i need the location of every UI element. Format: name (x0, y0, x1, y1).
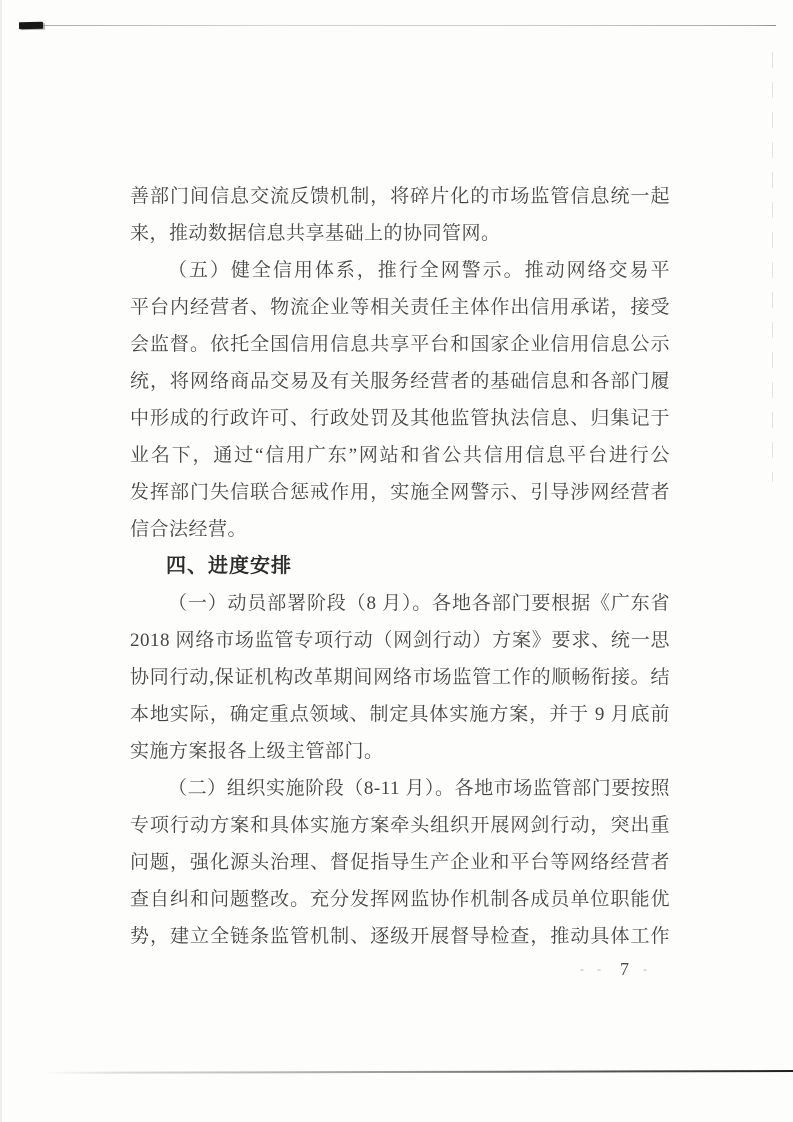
paragraph: （五）健全信用体系，推行全网警示。推动网络交易平台、 平台内经营者、物流企业等相… (130, 252, 670, 548)
scan-top-line-artifact (43, 25, 776, 26)
scan-corner-mark (19, 22, 43, 30)
text-line: 业名下，通过“信用广东”网站和省公共信用信息平台进行公示， (130, 437, 670, 474)
text-line: （二）组织实施阶段（8-11 月）。各地市场监管部门要按照 (130, 770, 670, 807)
text-line: 问题，强化源头治理、督促指导生产企业和平台等网络经营者自 (130, 844, 670, 881)
paragraph: （一）动员部署阶段（8 月）。各地各部门要根据《广东省 2018 网络市场监管专… (130, 585, 670, 770)
footer-dash-left: - - (580, 962, 606, 977)
text-line: 协同行动,保证机构改革期间网络市场监管工作的顺畅衔接。结合 (130, 659, 670, 696)
section: 四、进度安排 (130, 548, 670, 585)
scan-bottom-line-artifact (44, 1070, 793, 1074)
scan-left-edge-artifact (0, 0, 2, 1122)
page-footer: - - 7 - (580, 956, 652, 982)
paragraph: 善部门间信息交流反馈机制，将碎片化的市场监管信息统一起 来，推动数据信息共享基础… (130, 178, 670, 252)
text-line: 专项行动方案和具体实施方案牵头组织开展网剑行动，突出重点 (130, 807, 670, 844)
text-line: 会监督。依托全国信用信息共享平台和国家企业信用信息公示系 (130, 326, 670, 363)
text-line: 2018 网络市场监管专项行动（网剑行动）方案》要求、统一思想， (130, 622, 670, 659)
text-line: 信合法经营。 (130, 511, 670, 548)
page-number: 7 (620, 959, 629, 980)
scan-right-line-artifact (772, 52, 773, 482)
text-line: （五）健全信用体系，推行全网警示。推动网络交易平台、 (130, 252, 670, 289)
document-text-block: 善部门间信息交流反馈机制，将碎片化的市场监管信息统一起 来，推动数据信息共享基础… (130, 178, 670, 955)
text-line: 实施方案报各上级主管部门。 (130, 733, 670, 770)
section-heading: 四、进度安排 (130, 548, 670, 585)
scanned-document-page: 善部门间信息交流反馈机制，将碎片化的市场监管信息统一起 来，推动数据信息共享基础… (0, 0, 793, 1122)
text-line: 善部门间信息交流反馈机制，将碎片化的市场监管信息统一起 (130, 178, 670, 215)
text-line: 发挥部门失信联合惩戒作用，实施全网警示、引导涉网经营者诚 (130, 474, 670, 511)
text-line: 平台内经营者、物流企业等相关责任主体作出信用承诺，接受社 (130, 289, 670, 326)
text-line: 势，建立全链条监管机制、逐级开展督导检查，推动具体工作任 (130, 918, 670, 955)
text-line: 中形成的行政许可、行政处罚及其他监管执法信息、归集记于企 (130, 400, 670, 437)
text-line: 查自纠和问题整改。充分发挥网监协作机制各成员单位职能优 (130, 881, 670, 918)
text-line: 统，将网络商品交易及有关服务经营者的基础信息和各部门履职 (130, 363, 670, 400)
text-line: （一）动员部署阶段（8 月）。各地各部门要根据《广东省 (130, 585, 670, 622)
paragraph: （二）组织实施阶段（8-11 月）。各地市场监管部门要按照 专项行动方案和具体实… (130, 770, 670, 955)
text-line: 本地实际，确定重点领域、制定具体实施方案，并于 9 月底前将 (130, 696, 670, 733)
text-line: 来，推动数据信息共享基础上的协同管网。 (130, 215, 670, 252)
footer-dash-right: - (643, 962, 652, 977)
